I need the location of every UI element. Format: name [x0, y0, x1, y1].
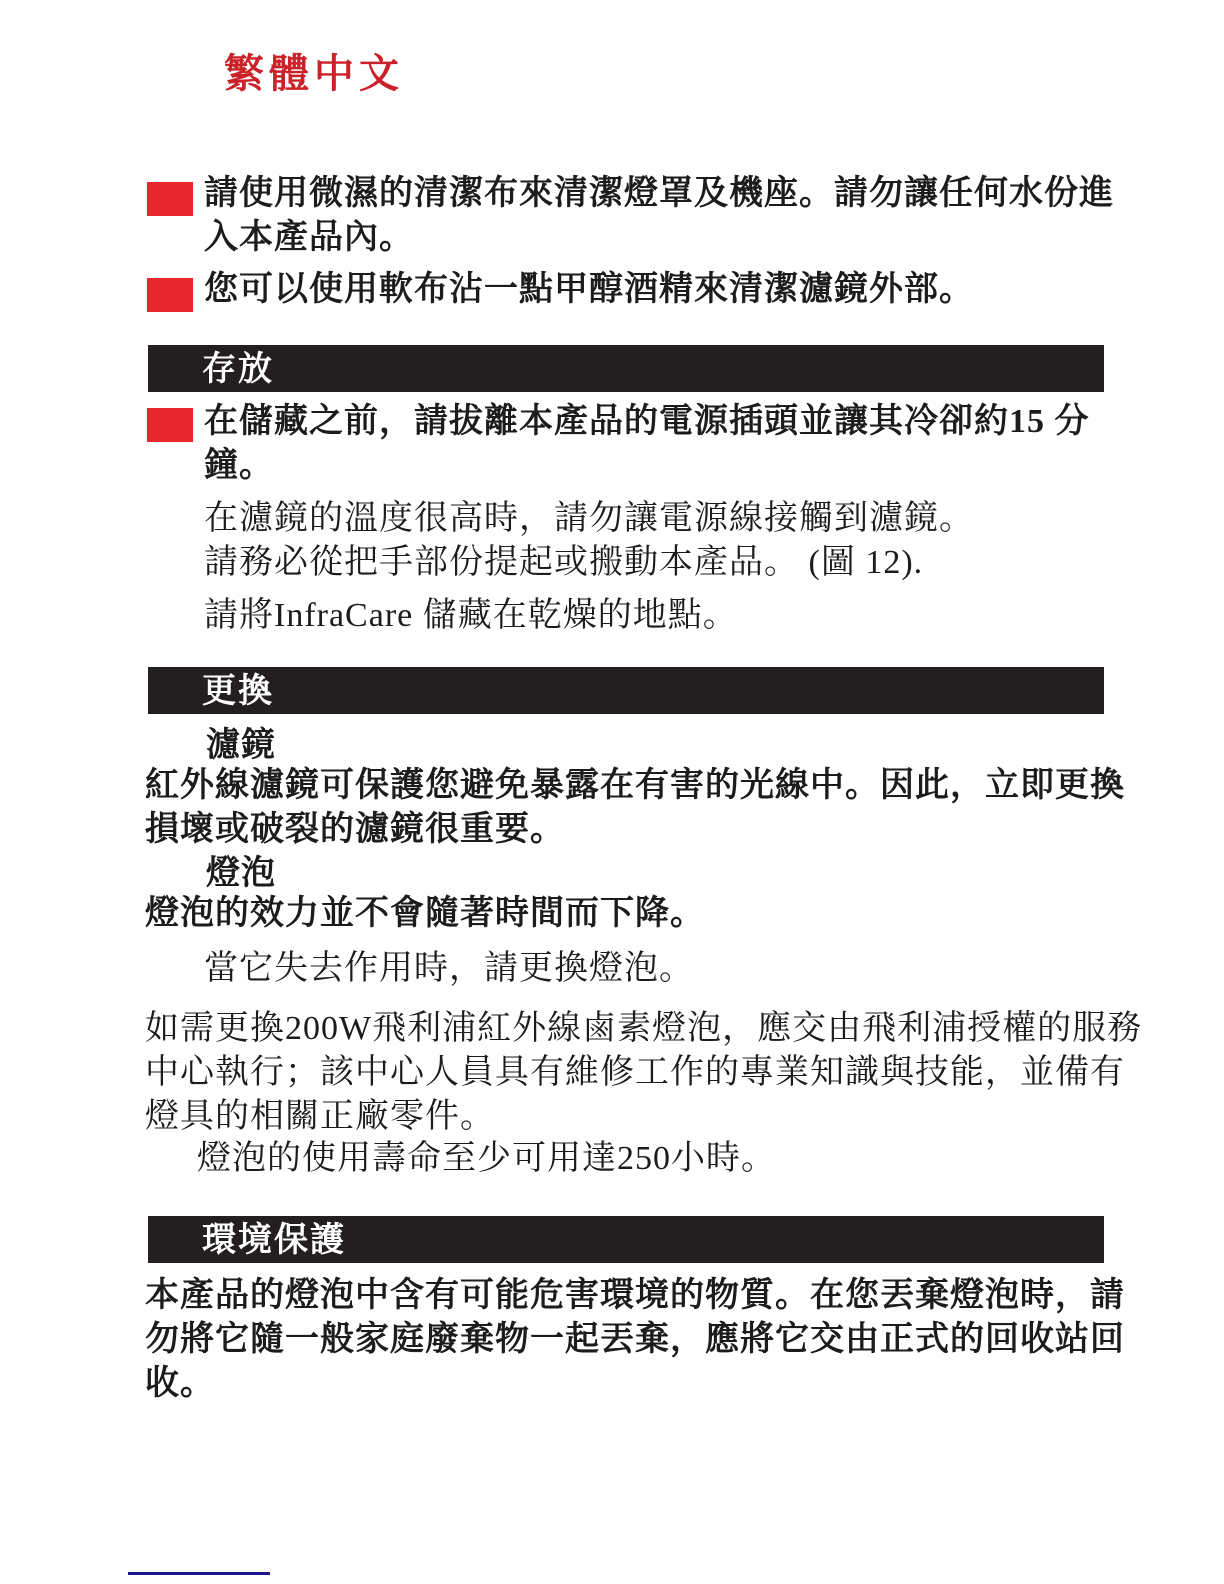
paragraph-line: 中心執行；該中心人員具有維修工作的專業知識與技能，並備有	[145, 1051, 1142, 1095]
paragraph-line: 紅外線濾鏡可保護您避免暴露在有害的光線中。因此，立即更換	[145, 764, 1125, 808]
bullet-item-unplug-cool: 在儲藏之前，請拔離本產品的電源插頭並讓其冷卻約15 分 鐘。	[204, 400, 1090, 488]
section-header-label: 更換	[148, 667, 1104, 716]
paragraph-lamp-life: 燈泡的使用壽命至少可用達250小時。	[197, 1137, 776, 1181]
paragraph-filter-protect: 紅外線濾鏡可保護您避免暴露在有害的光線中。因此，立即更換 損壞或破裂的濾鏡很重要…	[145, 764, 1125, 852]
paragraph-environment: 本產品的燈泡中含有可能危害環境的物質。在您丟棄燈泡時，請 勿將它隨一般家庭廢棄物…	[145, 1274, 1125, 1406]
section-header-environment: 環境保護	[148, 1216, 1104, 1263]
paragraph-lamp-efficiency: 燈泡的效力並不會隨著時間而下降。	[145, 892, 705, 936]
section-header-storage: 存放	[148, 345, 1104, 392]
footer-rule	[128, 1572, 270, 1575]
paragraph-store-dry: 請將InfraCare 儲藏在乾燥的地點。	[204, 594, 738, 638]
paragraph-line: 燈泡的使用壽命至少可用達250小時。	[197, 1137, 776, 1181]
red-bullet-marker	[147, 182, 193, 216]
red-bullet-marker	[147, 408, 193, 442]
paragraph-line: 本產品的燈泡中含有可能危害環境的物質。在您丟棄燈泡時，請	[145, 1274, 1125, 1318]
paragraph-line: 如需更換200W飛利浦紅外線鹵素燈泡，應交由飛利浦授權的服務	[145, 1007, 1142, 1051]
section-header-label: 環境保護	[148, 1216, 1104, 1265]
bullet-text-line: 在儲藏之前，請拔離本產品的電源插頭並讓其冷卻約15 分	[204, 400, 1090, 444]
paragraph-line: 損壞或破裂的濾鏡很重要。	[145, 808, 1125, 852]
paragraph-line: 當它失去作用時，請更換燈泡。	[204, 947, 694, 991]
paragraph-line: 燈具的相關正廠零件。	[145, 1095, 1142, 1139]
bullet-item-clean-hood: 請使用微濕的清潔布來清潔燈罩及機座。請勿讓任何水份進 入本產品內。	[204, 172, 1114, 260]
paragraph-line: 收。	[145, 1362, 1125, 1406]
bullet-text-line: 入本產品內。	[204, 216, 1114, 260]
subsection-title-lamp: 燈泡	[206, 854, 276, 894]
section-header-replacement: 更換	[148, 667, 1104, 714]
subsection-title-filter: 濾鏡	[206, 726, 276, 766]
bullet-text-line: 您可以使用軟布沾一點甲醇酒精來清潔濾鏡外部。	[204, 268, 974, 312]
red-bullet-marker	[147, 278, 193, 312]
paragraph-line: 燈泡的效力並不會隨著時間而下降。	[145, 892, 705, 936]
paragraph-line: 請務必從把手部份提起或搬動本產品。 (圖 12).	[204, 541, 974, 585]
paragraph-lamp-replace-when: 當它失去作用時，請更換燈泡。	[204, 947, 694, 991]
paragraph-line: 勿將它隨一般家庭廢棄物一起丟棄，應將它交由正式的回收站回	[145, 1318, 1125, 1362]
section-header-label: 存放	[148, 345, 1104, 394]
page-title: 繁體中文	[224, 42, 404, 99]
paragraph-cord-handle: 在濾鏡的溫度很高時，請勿讓電源線接觸到濾鏡。 請務必從把手部份提起或搬動本產品。…	[204, 497, 974, 585]
bullet-item-clean-filter: 您可以使用軟布沾一點甲醇酒精來清潔濾鏡外部。	[204, 268, 974, 312]
bullet-text-line: 請使用微濕的清潔布來清潔燈罩及機座。請勿讓任何水份進	[204, 172, 1114, 216]
manual-page: 繁體中文 請使用微濕的清潔布來清潔燈罩及機座。請勿讓任何水份進 入本產品內。 您…	[0, 0, 1224, 1584]
paragraph-lamp-service: 如需更換200W飛利浦紅外線鹵素燈泡，應交由飛利浦授權的服務 中心執行；該中心人…	[145, 1007, 1142, 1139]
paragraph-line: 在濾鏡的溫度很高時，請勿讓電源線接觸到濾鏡。	[204, 497, 974, 541]
bullet-text-line: 鐘。	[204, 444, 1090, 488]
paragraph-line: 請將InfraCare 儲藏在乾燥的地點。	[204, 594, 738, 638]
